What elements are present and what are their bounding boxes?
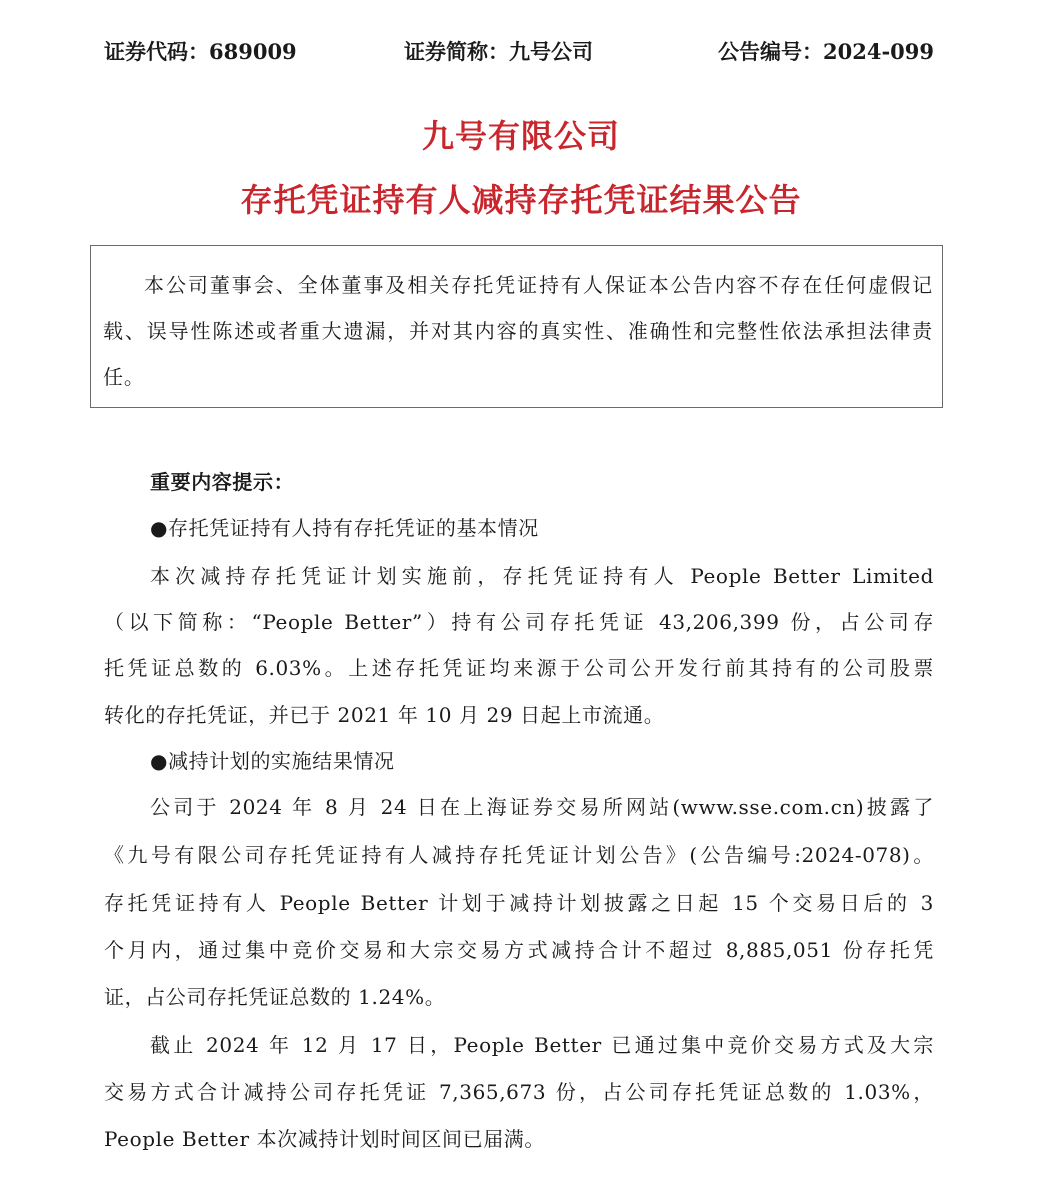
section2-line: 公司于 2024 年 8 月 24 日在上海证券交易所网站(www.sse.co… [150,792,934,822]
section2-result-line: People Better 本次减持计划时间区间已届满。 [104,1124,545,1154]
company-title: 九号有限公司 [0,114,1042,158]
section2-line: 存托凭证持有人 People Better 计划于减持计划披露之日起 15 个交… [104,888,934,918]
section2-line: 个月内，通过集中竞价交易和大宗交易方式减持合计不超过 8,885,051 份存托… [104,935,934,965]
stock-code: 证券代码：689009 [104,36,297,68]
key-points-heading: 重要内容提示： [150,467,294,497]
section1-line: （以下简称：“People Better”）持有公司存托凭证 43,206,39… [104,607,934,637]
disclaimer-box: 本公司董事会、全体董事及相关存托凭证持有人保证本公告内容不存在任何虚假记载、误导… [90,245,943,408]
section1-bullet: ●存托凭证持有人持有存托凭证的基本情况 [150,513,539,543]
announcement-number: 公告编号：2024-099 [718,36,934,68]
section1-line: 本次减持存托凭证计划实施前，存托凭证持有人 People Better Limi… [150,561,934,591]
section2-result-line: 交易方式合计减持公司存托凭证 7,365,673 份，占公司存托凭证总数的 1.… [104,1077,934,1107]
section2-line: 证，占公司存托凭证总数的 1.24%。 [104,982,445,1012]
section1-line: 托凭证总数的 6.03%。上述存托凭证均来源于公司公开发行前其持有的公司股票 [104,653,934,683]
section2-line: 《九号有限公司存托凭证持有人减持存托凭证计划公告》(公告编号:2024-078)… [104,840,934,870]
section2-result-line: 截止 2024 年 12 月 17 日，People Better 已通过集中竞… [150,1030,934,1060]
announcement-title: 存托凭证持有人减持存托凭证结果公告 [0,177,1042,223]
section1-line: 转化的存托凭证，并已于 2021 年 10 月 29 日起上市流通。 [104,700,664,730]
section2-bullet: ●减持计划的实施结果情况 [150,746,395,776]
stock-short-name: 证券简称：九号公司 [404,36,593,68]
disclaimer-text: 本公司董事会、全体董事及相关存托凭证持有人保证本公告内容不存在任何虚假记载、误导… [103,262,933,400]
document-header: 证券代码：689009 证券简称：九号公司 公告编号：2024-099 [104,36,934,68]
